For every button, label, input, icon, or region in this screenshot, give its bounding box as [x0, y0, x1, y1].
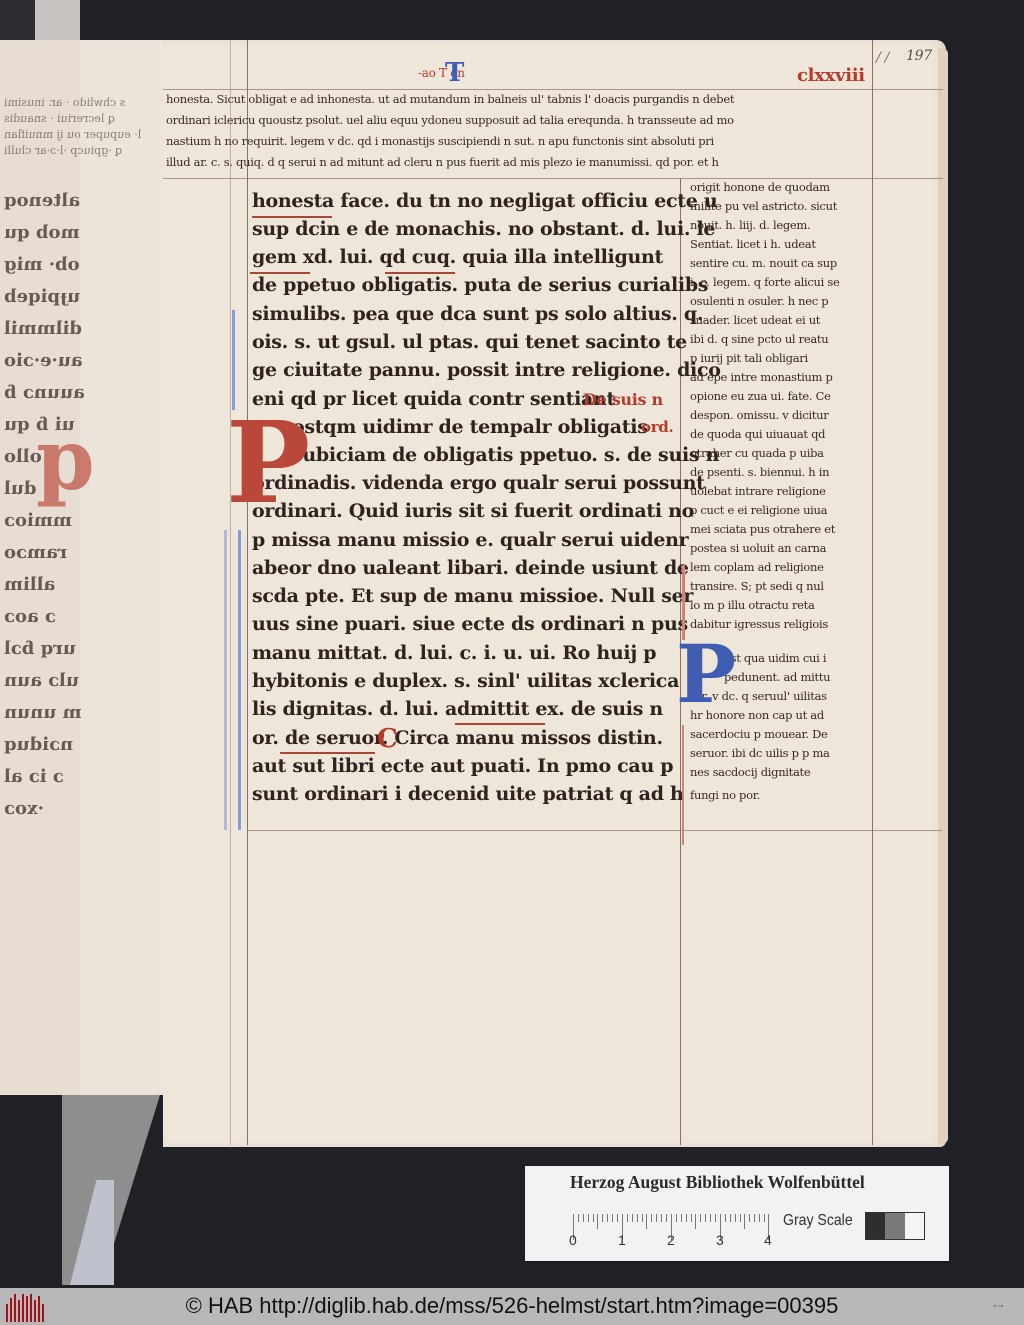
text-line: aut sut libri ecte aut puati. In pmo cau… — [252, 755, 673, 777]
red-underline — [250, 272, 310, 274]
gloss-line: ad epe intre monastium p — [690, 370, 833, 384]
gloss-line: lem coplam ad religione — [690, 560, 824, 574]
ruler-label: 3 — [716, 1232, 724, 1248]
gloss-line: fungi no por. — [690, 788, 760, 802]
gloss-line: pedunent. ad mittu — [724, 670, 830, 684]
gloss-line: ibi d. q sine pcto ul reatu — [690, 332, 828, 346]
gloss-line: lo m p illu otractu reta — [690, 598, 815, 612]
text-line: ordinari. Quid iuris sit si fuerit ordin… — [252, 500, 694, 522]
ruler-label: 1 — [618, 1232, 626, 1248]
gloss-line: postea si uoluit an carna — [690, 541, 826, 555]
header-initial-icon: T — [445, 58, 464, 88]
gloss-line: seruor. ibi dc uilis p p ma — [690, 746, 830, 760]
gloss-line: Sentiat. licet i h. udeat — [690, 237, 816, 251]
gloss-line: de quoda qui uiuauat qd — [690, 427, 825, 441]
text-line: or. de seruor. Circa manu missos distin. — [252, 727, 663, 749]
running-header-right: clxxviii — [797, 65, 865, 86]
gloss-line: sentire cu. m. nouit ca sup — [690, 256, 837, 270]
red-underline — [385, 272, 455, 274]
paraph-mark: C — [377, 724, 398, 754]
gloss-line: despon. omissu. v dicitur — [690, 408, 828, 422]
rubric-de-suis: De suis n — [583, 390, 663, 409]
text-line: lis dignitas. d. lui. admittit ex. de su… — [252, 698, 663, 720]
text-line: sup dcin e de monachis. no obstant. d. l… — [252, 218, 715, 240]
text-line: gem xd. lui. qd cuq. quia illa intelligu… — [252, 246, 663, 268]
ruler-label: 2 — [667, 1232, 675, 1248]
scan-background-corner — [0, 0, 35, 40]
text-line: ostqm uidimr de tempalr obligatis — [292, 416, 648, 438]
corner-mark: ▪▫▪ — [994, 1303, 1004, 1310]
gloss-line: opione eu zua ui. fate. Ce — [690, 389, 831, 403]
text-line: scda pte. Et sup de manu missioe. Null s… — [252, 585, 693, 607]
gloss-line: osulenti n osuler. h nec p — [690, 294, 828, 308]
text-line: simulibs. pea que dca sunt ps solo altiu… — [252, 303, 703, 325]
text-line: manu mittat. d. lui. c. i. u. ui. Ro hui… — [252, 642, 656, 664]
folio-number: 197 — [906, 48, 932, 64]
gloss-line: suader. licet udeat ei ut — [690, 313, 820, 327]
pencil-mark: / / — [876, 50, 889, 66]
gloss-line: illud ar. c. s. quiq. d q serui n ad mit… — [166, 155, 719, 169]
gloss-line: otraher cu quada p uiba — [690, 446, 824, 460]
gloss-line: honesta. Sicut obligat e ad inhonesta. u… — [166, 92, 734, 106]
text-line: de ppetuo obligatis. puta de serius curi… — [252, 274, 708, 296]
text-line: honesta face. du tn no negligat officiu … — [252, 190, 717, 212]
gloss-line: sacerdociu p mouear. De — [690, 727, 828, 741]
text-line: ge ciuitate pannu. possit intre religion… — [252, 359, 721, 381]
gray-swatch-frame — [865, 1212, 925, 1240]
ruler-label: 0 — [569, 1232, 577, 1248]
gloss-initial-p: P — [676, 634, 736, 714]
gloss-line: p iurij pit tali obligari — [690, 351, 808, 365]
gloss-line: nouit. h. liij. d. legem. — [690, 218, 810, 232]
gloss-line: ordinari iclericu quoustz psolut. uel al… — [166, 113, 734, 127]
gloss-line: p cuct e ei religione uiua — [690, 503, 827, 517]
previous-page-initial: q — [36, 410, 95, 509]
red-underline — [252, 216, 332, 218]
previous-page-fold — [80, 40, 168, 1095]
gray-scale-label: Gray Scale — [783, 1212, 853, 1230]
previous-page-edge — [35, 0, 80, 40]
gloss-line: milite pu vel astricto. sicut — [690, 199, 837, 213]
gloss-line: i. c. legem. q forte alicui se — [690, 275, 840, 289]
gloss-line: origit honone de quodam — [690, 180, 830, 194]
copyright-permalink[interactable]: © HAB http://diglib.hab.de/mss/526-helms… — [0, 1293, 1024, 1319]
text-line: sunt ordinari i decenid uite patriat q a… — [252, 783, 684, 805]
gloss-line: ost qua uidim cui i — [724, 651, 826, 665]
text-line: ordinadis. videnda ergo qualr serui poss… — [252, 472, 705, 494]
text-line: abeor dno ualeant libari. deinde usiunt … — [252, 557, 689, 579]
gloss-line: nastium h no requirit. legem v dc. qd i … — [166, 134, 714, 148]
viewer-footer-bar: © HAB http://diglib.hab.de/mss/526-helms… — [0, 1288, 1024, 1325]
gloss-line: nes sacdocij dignitate — [690, 765, 810, 779]
text-line: subiciam de obligatis ppetuo. s. de suis… — [292, 444, 719, 466]
gloss-line: uolebat intrare religione — [690, 484, 826, 498]
text-line: hybitonis e duplex. s. sinl' uilitas xcl… — [252, 670, 679, 692]
gloss-line: transire. S; pt sedi q nul — [690, 579, 824, 593]
text-line: p missa manu missio e. qualr serui uiden… — [252, 529, 688, 551]
gloss-line: mei sciata pus otrahere et — [690, 522, 835, 536]
gloss-line: de psenti. s. biennui. h in — [690, 465, 829, 479]
rubric-ord: ord. — [641, 418, 673, 436]
text-line: ois. s. ut gsul. ul ptas. qui tenet saci… — [252, 331, 687, 353]
decorated-initial-p: P — [226, 408, 310, 520]
red-underline — [280, 752, 375, 754]
text-line: uus sine puari. siue ecte ds ordinari n … — [252, 613, 688, 635]
ruler-label: 4 — [764, 1232, 772, 1248]
color-calibration-card: Herzog August Bibliothek Wolfenbüttel 0 … — [525, 1166, 949, 1261]
page-edge — [938, 48, 948, 1144]
red-underline — [455, 723, 545, 725]
institution-name: Herzog August Bibliothek Wolfenbüttel — [570, 1172, 865, 1193]
